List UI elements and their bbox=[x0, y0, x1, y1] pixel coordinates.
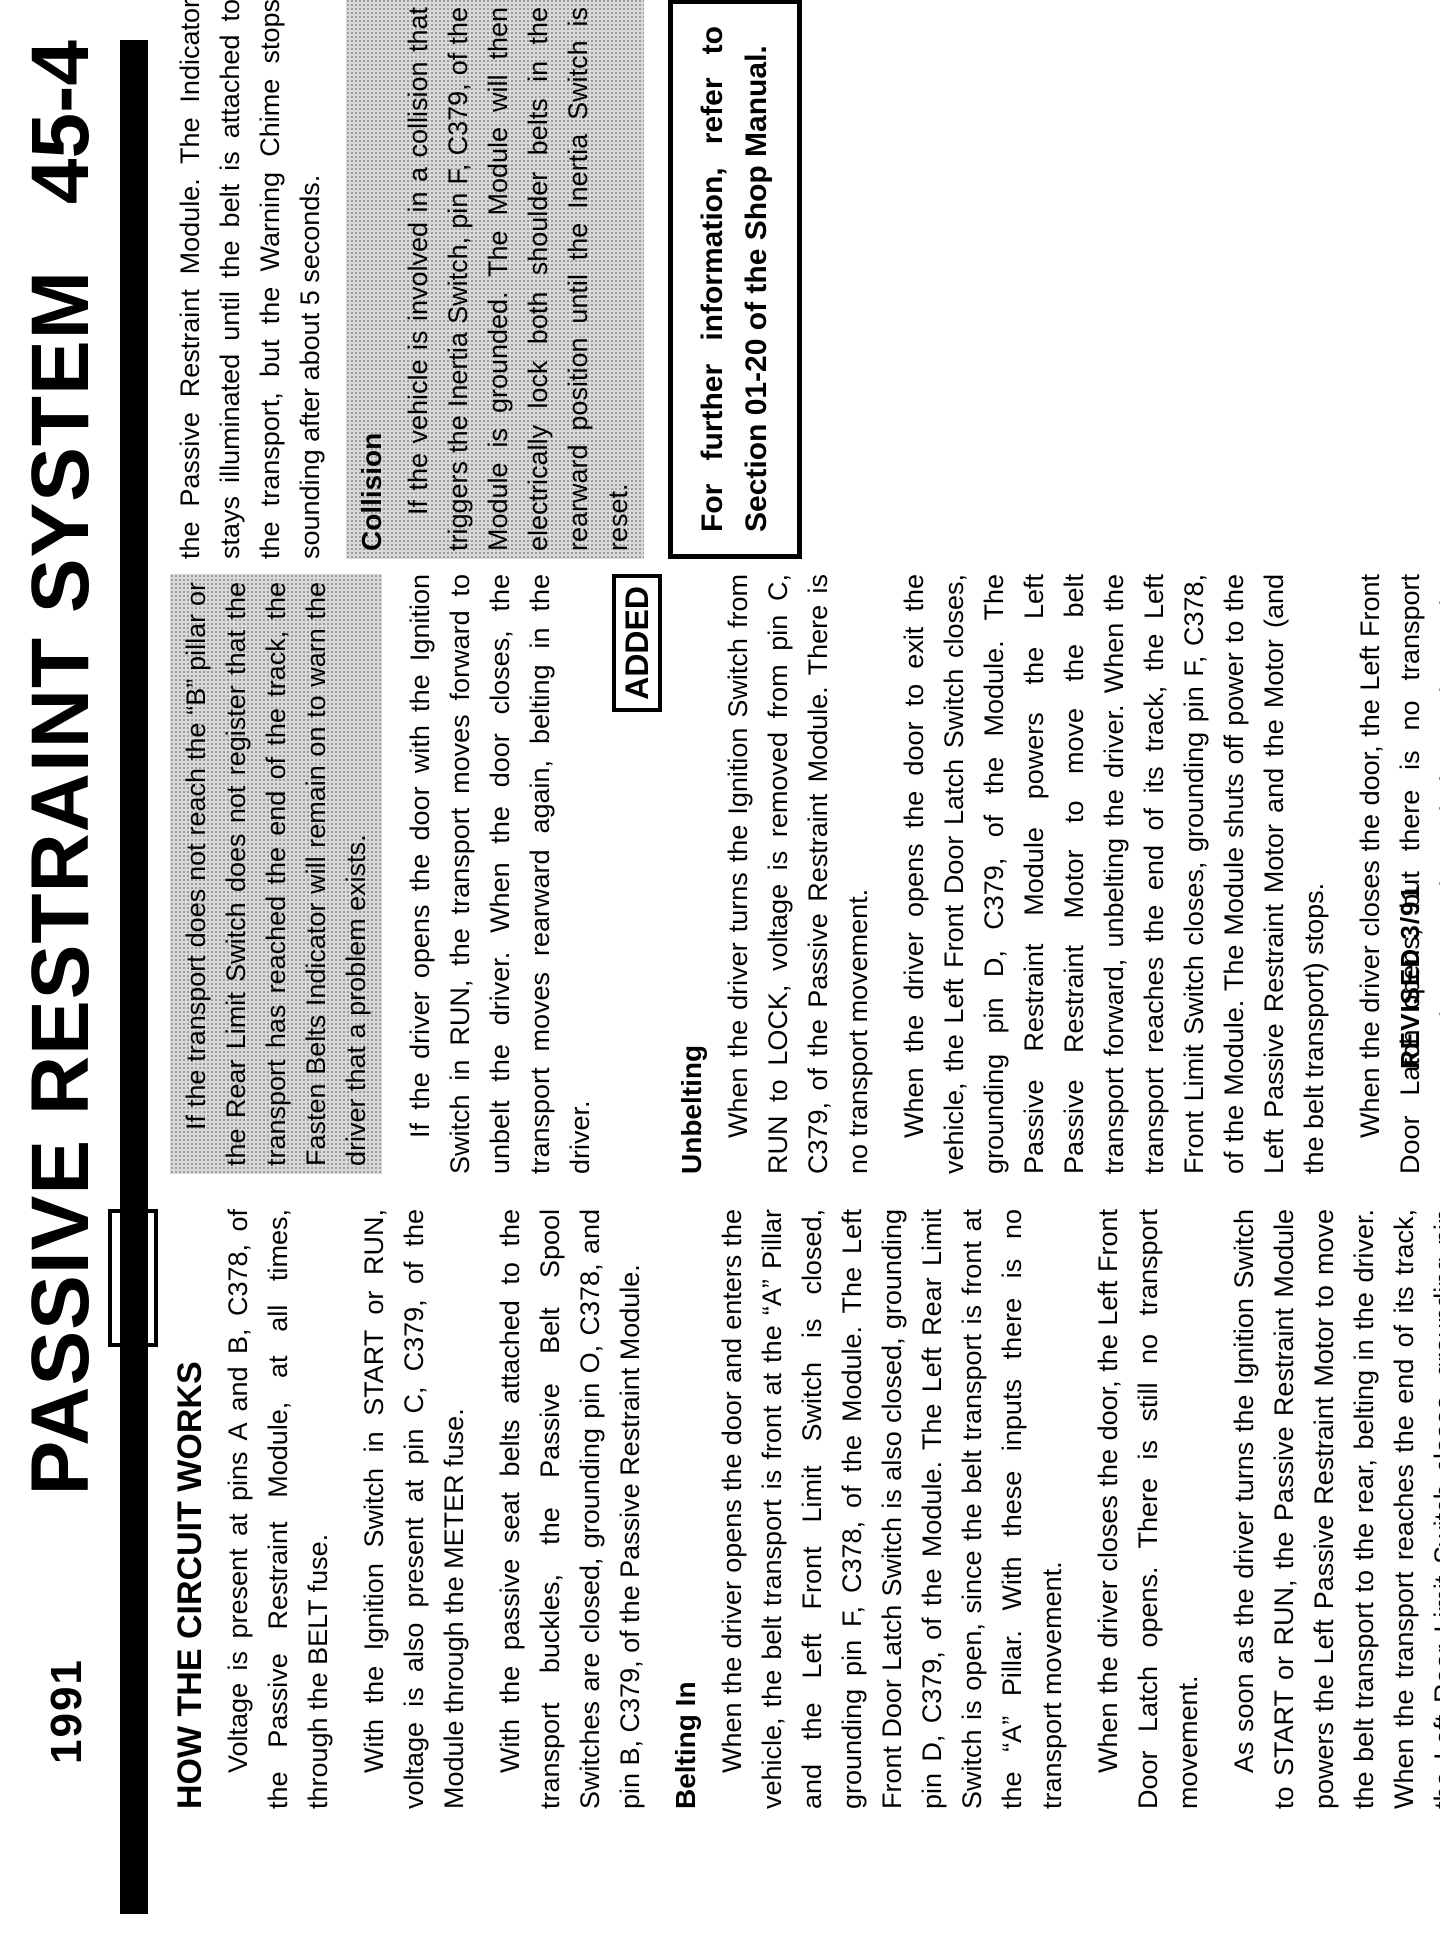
paragraph: Voltage is present at pins A and B, C378… bbox=[218, 1209, 338, 1809]
column-3: the Passive Restraint Module. The Indica… bbox=[170, 0, 802, 559]
paragraph: When the driver opens the door to exit t… bbox=[894, 574, 1334, 1174]
added-stamp: ADDED bbox=[612, 574, 662, 712]
shaded-note-text: If the transport does not reach the “B” … bbox=[176, 582, 376, 1166]
added-stamp-1-wrap: ADDED bbox=[108, 1209, 158, 1347]
paragraph: If the driver opens the door with the Ig… bbox=[400, 574, 600, 1174]
paragraph: With the passive seat belts attached to … bbox=[490, 1209, 650, 1809]
page-title: PASSIVE RESTRAINT SYSTEM bbox=[14, 270, 108, 1495]
subheading-collision: Collision bbox=[352, 7, 392, 551]
content-columns: ADDED HOW THE CIRCUIT WORKS Voltage is p… bbox=[170, 40, 1380, 1894]
subheading-unbelting: Unbelting bbox=[672, 574, 712, 1174]
paragraph: When the driver turns the Ignition Switc… bbox=[718, 574, 878, 1174]
column-2: If the transport does not reach the “B” … bbox=[170, 574, 1440, 1174]
page-number: 45-4 bbox=[14, 40, 108, 204]
page-header: 1991 PASSIVE RESTRAINT SYSTEM 45-4 bbox=[0, 40, 148, 1914]
revised-footer: REVISED 3/91 bbox=[1395, 0, 1426, 1954]
paragraph: When the driver closes the door, the Lef… bbox=[1088, 1209, 1208, 1809]
paragraph: With the Ignition Switch in START or RUN… bbox=[354, 1209, 474, 1809]
rotated-page: 1991 PASSIVE RESTRAINT SYSTEM 45-4 ADDED… bbox=[0, 0, 1440, 1954]
added-stamp: ADDED bbox=[108, 1209, 158, 1347]
year-label: 1991 bbox=[42, 1658, 92, 1764]
paragraph: the Passive Restraint Module. The Indica… bbox=[170, 0, 330, 559]
collision-text: If the vehicle is involved in a collisio… bbox=[398, 7, 638, 551]
info-box: For further information, refer to Sectio… bbox=[668, 0, 802, 559]
column-1: ADDED HOW THE CIRCUIT WORKS Voltage is p… bbox=[170, 1209, 1440, 1809]
subheading-belting-in: Belting In bbox=[666, 1209, 706, 1809]
shaded-note: If the transport does not reach the “B” … bbox=[170, 574, 382, 1174]
section-heading: HOW THE CIRCUIT WORKS bbox=[170, 1209, 210, 1809]
added-stamp-2-wrap: ADDED bbox=[612, 574, 662, 1174]
collision-note: Collision If the vehicle is involved in … bbox=[346, 0, 644, 559]
paragraph: When the driver opens the door and enter… bbox=[712, 1209, 1072, 1809]
